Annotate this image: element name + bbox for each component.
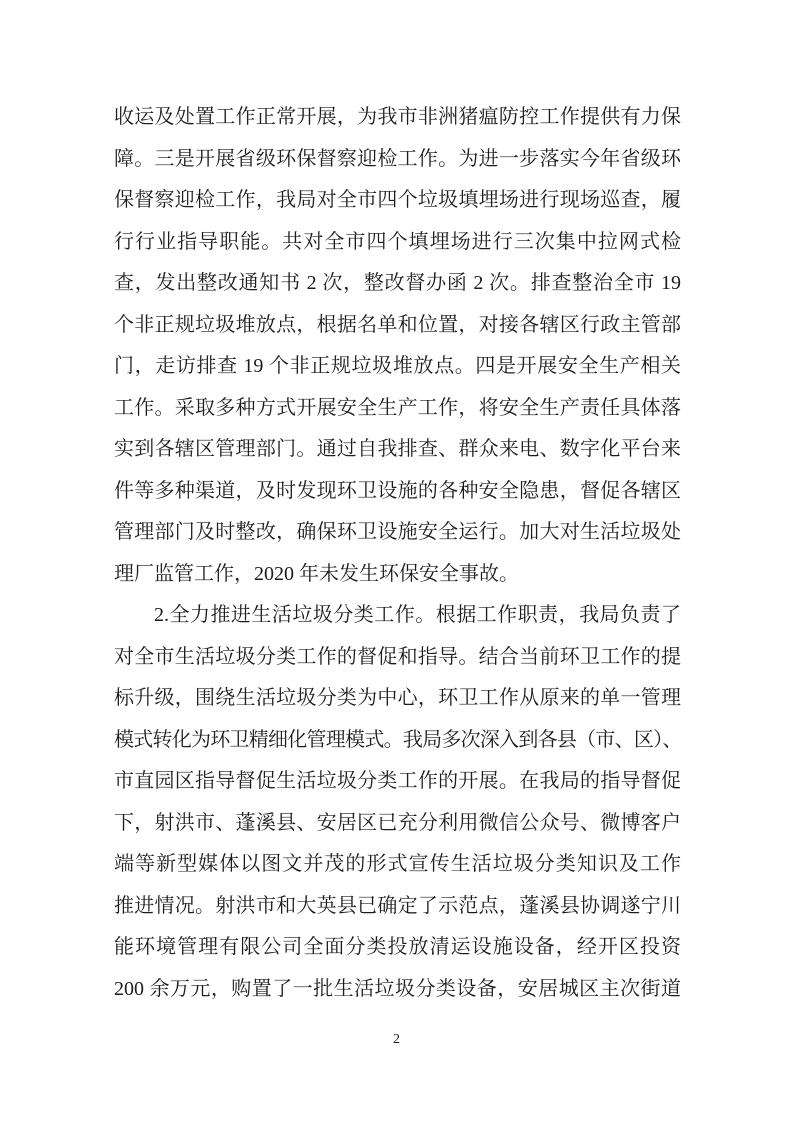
text-line: 障。三是开展省级环保督察迎检工作。为进一步落实今年省级环 (114, 139, 681, 181)
text-line: 能环境管理有限公司全面分类投放清运设施设备，经开区投资 (114, 927, 681, 969)
document-body: 收运及处置工作正常开展，为我市非洲猪瘟防控工作提供有力保 障。三是开展省级环保督… (114, 97, 681, 1010)
text-line: 200 余万元，购置了一批生活垃圾分类设备，安居城区主次街道 (114, 969, 681, 1011)
text-line: 2.全力推进生活垃圾分类工作。根据工作职责，我局负责了 (114, 595, 681, 637)
text-line: 查，发出整改通知书 2 次，整改督办函 2 次。排查整治全市 19 (114, 263, 681, 305)
text-line: 下，射洪市、蓬溪县、安居区已充分利用微信公众号、微博客户 (114, 803, 681, 845)
text-line: 收运及处置工作正常开展，为我市非洲猪瘟防控工作提供有力保 (114, 97, 681, 139)
text-line: 推进情况。射洪市和大英县已确定了示范点，蓬溪县协调遂宁川 (114, 886, 681, 928)
document-page: 收运及处置工作正常开展，为我市非洲猪瘟防控工作提供有力保 障。三是开展省级环保督… (0, 0, 793, 1122)
text-line: 个非正规垃圾堆放点，根据名单和位置，对接各辖区行政主管部 (114, 305, 681, 347)
text-line: 件等多种渠道，及时发现环卫设施的各种安全隐患，督促各辖区 (114, 471, 681, 513)
text-line: 管理部门及时整改，确保环卫设施安全运行。加大对生活垃圾处 (114, 512, 681, 554)
page-number: 2 (0, 1032, 793, 1048)
text-line: 保督察迎检工作，我局对全市四个垃圾填埋场进行现场巡查，履 (114, 180, 681, 222)
text-line: 实到各辖区管理部门。通过自我排查、群众来电、数字化平台来 (114, 429, 681, 471)
text-line: 理厂监管工作，2020 年未发生环保安全事故。 (114, 554, 681, 596)
paragraph-2: 2.全力推进生活垃圾分类工作。根据工作职责，我局负责了 对全市生活垃圾分类工作的… (114, 595, 681, 1010)
text-line: 门，走访排查 19 个非正规垃圾堆放点。四是开展安全生产相关 (114, 346, 681, 388)
text-line: 行行业指导职能。共对全市四个填埋场进行三次集中拉网式检 (114, 222, 681, 264)
text-line: 工作。采取多种方式开展安全生产工作，将安全生产责任具体落 (114, 388, 681, 430)
text-line: 标升级，围绕生活垃圾分类为中心，环卫工作从原来的单一管理 (114, 678, 681, 720)
paragraph-1: 收运及处置工作正常开展，为我市非洲猪瘟防控工作提供有力保 障。三是开展省级环保督… (114, 97, 681, 595)
text-line: 市直园区指导督促生活垃圾分类工作的开展。在我局的指导督促 (114, 761, 681, 803)
text-line: 模式转化为环卫精细化管理模式。我局多次深入到各县（市、区）、 (114, 720, 681, 762)
text-line: 对全市生活垃圾分类工作的督促和指导。结合当前环卫工作的提 (114, 637, 681, 679)
text-line: 端等新型媒体以图文并茂的形式宣传生活垃圾分类知识及工作 (114, 844, 681, 886)
